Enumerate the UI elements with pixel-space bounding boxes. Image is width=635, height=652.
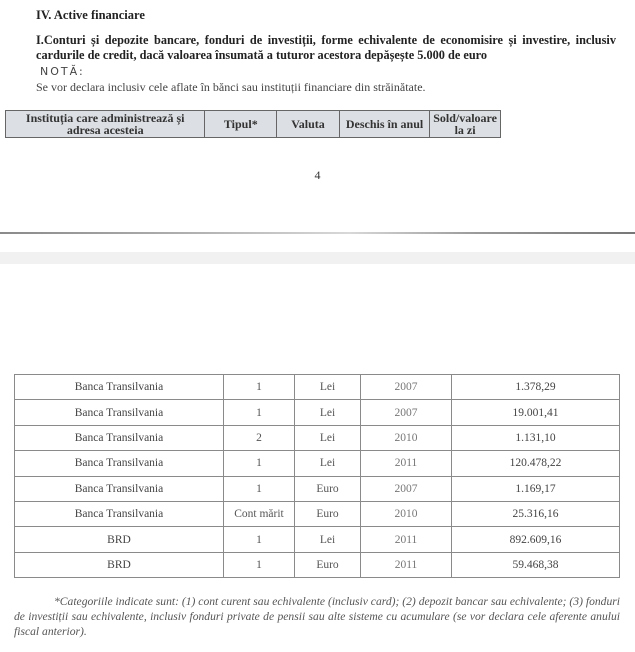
table-row: Banca Transilvania1Lei20071.378,29: [15, 375, 620, 400]
cell-institutie: Banca Transilvania: [15, 476, 224, 501]
subsection-title: I.Conturi și depozite bancare, fonduri d…: [36, 33, 616, 63]
cell-an: 2011: [361, 527, 452, 552]
cell-tipul: 2: [224, 425, 295, 450]
cell-institutie: Banca Transilvania: [15, 501, 224, 526]
table-row: Banca Transilvania1Lei200719.001,41: [15, 400, 620, 425]
cell-an: 2011: [361, 552, 452, 577]
cell-valuta: Lei: [295, 425, 361, 450]
cell-valuta: Euro: [295, 552, 361, 577]
cell-tipul: Cont mărit: [224, 501, 295, 526]
table-row: Banca Transilvania2Lei20101.131,10: [15, 425, 620, 450]
cell-sold: 59.468,38: [452, 552, 620, 577]
table-row: BRD1Lei2011892.609,16: [15, 527, 620, 552]
cell-sold: 892.609,16: [452, 527, 620, 552]
page-number: 4: [0, 168, 635, 183]
page-break-divider: [0, 232, 635, 234]
cell-valuta: Lei: [295, 527, 361, 552]
table-row: Banca TransilvaniaCont măritEuro201025.3…: [15, 501, 620, 526]
header-tipul: Tipul*: [205, 111, 277, 138]
cell-valuta: Euro: [295, 501, 361, 526]
cell-institutie: Banca Transilvania: [15, 400, 224, 425]
cell-tipul: 1: [224, 451, 295, 476]
cell-valuta: Lei: [295, 375, 361, 400]
header-row: Instituția care administrează și adresa …: [6, 111, 501, 138]
assets-table-body: Banca Transilvania1Lei20071.378,29Banca …: [14, 374, 620, 578]
cell-an: 2007: [361, 476, 452, 501]
nota-label: NOTĂ:: [40, 65, 85, 78]
cell-sold: 1.169,17: [452, 476, 620, 501]
cell-valuta: Lei: [295, 451, 361, 476]
cell-tipul: 1: [224, 527, 295, 552]
cell-institutie: Banca Transilvania: [15, 451, 224, 476]
cell-an: 2010: [361, 425, 452, 450]
table-row: BRD1Euro201159.468,38: [15, 552, 620, 577]
cell-sold: 25.316,16: [452, 501, 620, 526]
section-title: IV. Active financiare: [36, 8, 145, 23]
cell-institutie: BRD: [15, 552, 224, 577]
table-row: Banca Transilvania1Euro20071.169,17: [15, 476, 620, 501]
cell-sold: 19.001,41: [452, 400, 620, 425]
cell-institutie: Banca Transilvania: [15, 425, 224, 450]
page-gap: [0, 252, 635, 264]
cell-tipul: 1: [224, 400, 295, 425]
cell-sold: 1.378,29: [452, 375, 620, 400]
header-valuta: Valuta: [277, 111, 340, 138]
cell-valuta: Euro: [295, 476, 361, 501]
cell-an: 2007: [361, 375, 452, 400]
cell-tipul: 1: [224, 375, 295, 400]
cell-tipul: 1: [224, 552, 295, 577]
header-sold: Sold/valoare la zi: [430, 111, 501, 138]
cell-tipul: 1: [224, 476, 295, 501]
cell-sold: 120.478,22: [452, 451, 620, 476]
header-institutie: Instituția care administrează și adresa …: [6, 111, 205, 138]
footnote: *Categoriile indicate sunt: (1) cont cur…: [14, 594, 620, 639]
cell-institutie: Banca Transilvania: [15, 375, 224, 400]
cell-institutie: BRD: [15, 527, 224, 552]
cell-an: 2007: [361, 400, 452, 425]
cell-an: 2011: [361, 451, 452, 476]
cell-sold: 1.131,10: [452, 425, 620, 450]
cell-an: 2010: [361, 501, 452, 526]
nota-text: Se vor declara inclusiv cele aflate în b…: [36, 80, 426, 95]
header-deschis: Deschis în anul: [339, 111, 429, 138]
table-row: Banca Transilvania1Lei2011120.478,22: [15, 451, 620, 476]
cell-valuta: Lei: [295, 400, 361, 425]
assets-table-header: Instituția care administrează și adresa …: [5, 110, 501, 138]
